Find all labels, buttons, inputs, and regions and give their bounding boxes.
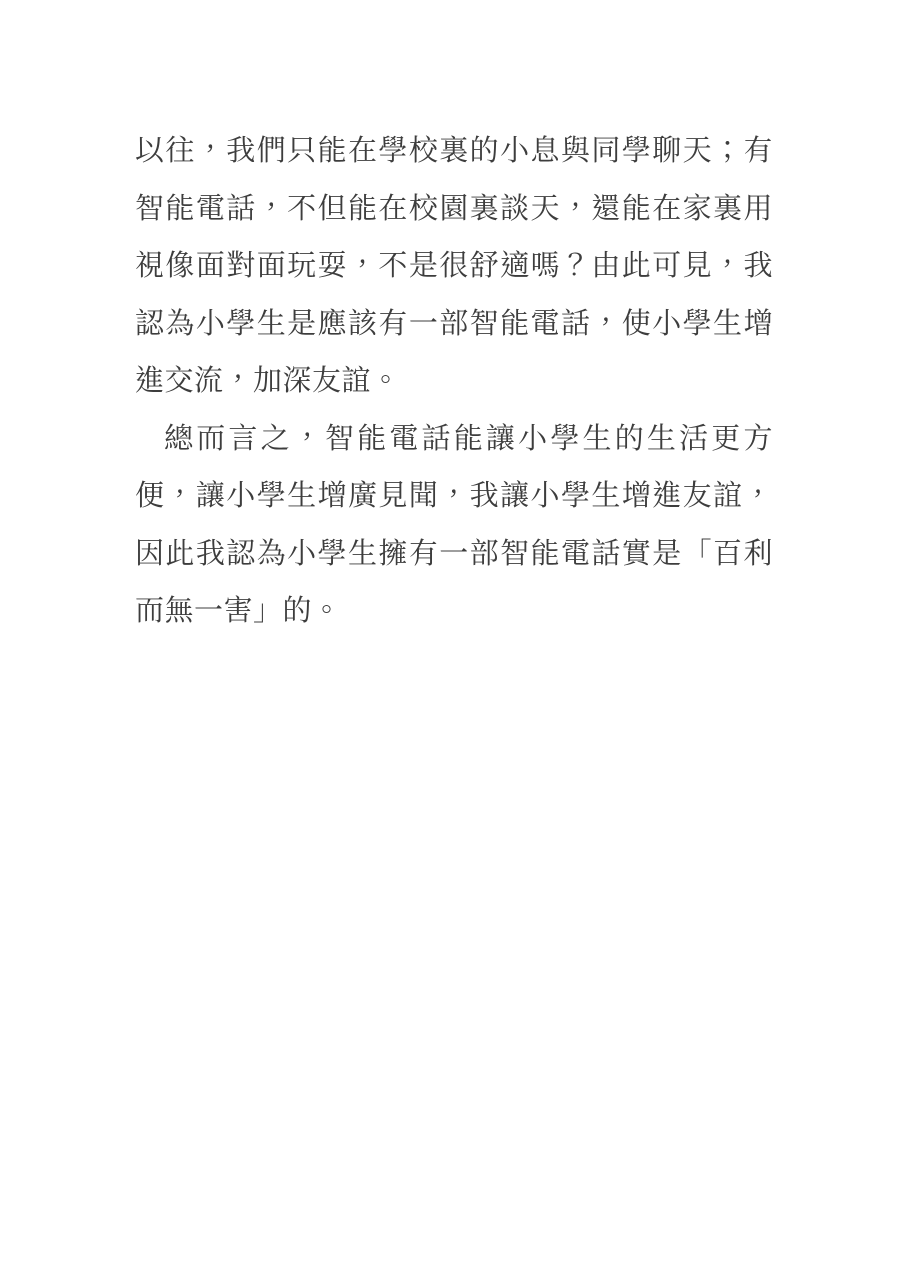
- essay-paragraph-2: 總而言之，智能電話能讓小學生的生活更方便，讓小學生增廣見聞，我讓小學生增進友誼，…: [135, 411, 773, 641]
- essay-text-block: 以往，我們只能在學校裏的小息與同學聊天；有智能電話，不但能在校園裏談天，還能在家…: [135, 123, 773, 641]
- document-page: 以往，我們只能在學校裏的小息與同學聊天；有智能電話，不但能在校園裏談天，還能在家…: [0, 0, 905, 1280]
- essay-paragraph-1: 以往，我們只能在學校裏的小息與同學聊天；有智能電話，不但能在校園裏談天，還能在家…: [135, 123, 773, 411]
